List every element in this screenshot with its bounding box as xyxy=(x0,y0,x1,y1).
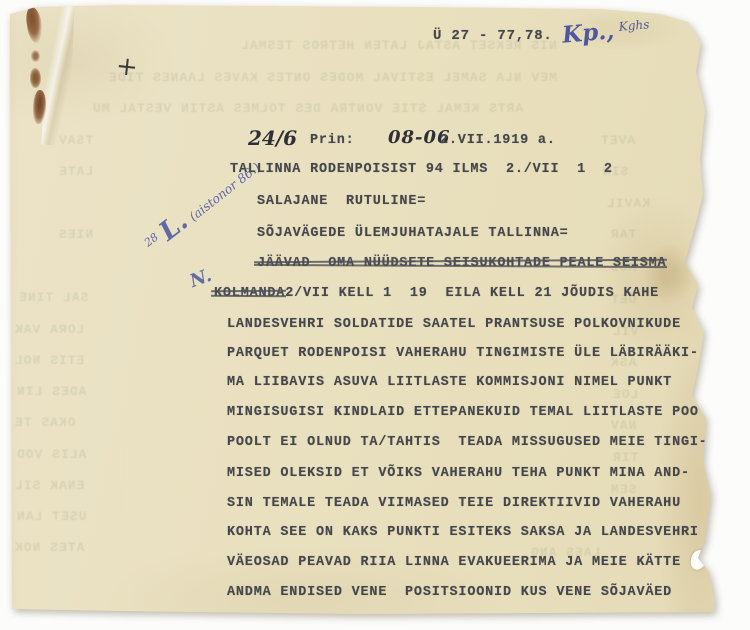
handwritten-cross-mark: + xyxy=(114,51,139,83)
typed-line: VÄEOSAD PEAVAD RIIA LINNA EVAKUEERIMA JA… xyxy=(227,553,681,572)
bleed-through-line: ADES LIN xyxy=(16,384,86,399)
typed-text: LANDESVEHRI SOLDATIDE SAATEL PRANTSUSE P… xyxy=(227,317,681,332)
paper-hole xyxy=(689,549,708,572)
bleed-through-line: LATE xyxy=(58,164,93,179)
bleed-through-line: KAVIL xyxy=(606,196,650,211)
struck-through-text: KOLMANDA xyxy=(214,284,285,303)
typed-line: SIN TEMALE TEADA VIIMASED TEIE DIREKTIIV… xyxy=(227,494,681,513)
typed-line: MA LIIBAVIS ASUVA LIITLASTE KOMMISJONI N… xyxy=(227,373,672,392)
typed-line: JÄÄVAD OMA NÜÜDSETE SEISUKOHTADE PEALE S… xyxy=(257,254,666,273)
typed-line: SÕJAVÄGEDE ÜLEMJUHATAJALE TALLINNA= xyxy=(257,224,569,243)
bleed-through-line: TIR xyxy=(612,450,638,465)
handwritten-registration-number: 24/6 xyxy=(248,126,297,150)
bleed-through-line: ARTS KEMAL STIE VONTRA DES TOLMES ASTIN … xyxy=(92,101,523,116)
typed-text: SIN TEMALE TEADA VIIMASED TEIE DIREKTIIV… xyxy=(227,496,681,511)
typed-line: ANDMA ENDISED VENE POSITSIOONID KUS VENE… xyxy=(227,583,672,602)
typed-line: KOHTA SEE ON KAKS PUNKTI ESITEKS SAKSA J… xyxy=(227,523,699,542)
typed-text: ANDMA ENDISED VENE POSITSIOONID KUS VENE… xyxy=(227,585,672,600)
typed-text: MINGISUGISI KINDLAID ETTEPANEKUID TEMAL … xyxy=(227,405,699,420)
bleed-through-line: USET LAN xyxy=(16,509,86,524)
bleed-through-line: LORA VAK xyxy=(14,322,84,337)
typed-text: SALAJANE RUTULINE= xyxy=(257,194,426,209)
typed-text: SÕJAVÄGEDE ÜLEMJUHATAJALE TALLINNA= xyxy=(257,226,569,241)
typed-text: TALLINNA RODENPOISIST 94 ILMS 2./VII 1 2 xyxy=(230,162,613,177)
typed-line: KOLMANDA2/VII KELL 1 19 EILA KELL 21 JÕU… xyxy=(214,284,659,303)
struck-through-text: JÄÄVAD OMA NÜÜDSETE SEISUKOHTADE PEALE S… xyxy=(257,254,666,273)
bleed-through-line: ENAK SIL xyxy=(14,478,84,493)
typed-text: POOLT EI OLNUD TA/TAHTIS TEADA MISSUGUSE… xyxy=(227,435,708,450)
bleed-through-line: ALIS VOD xyxy=(16,447,86,462)
document-scan: NIS REKSET ASTAJ LATEN HETROS TESMALMEV … xyxy=(0,0,750,630)
typed-label-prin: Prin: xyxy=(310,133,355,148)
typed-line: MINGISUGISI KINDLAID ETTEPANEKUID TEMAL … xyxy=(227,403,699,422)
typed-text: MA LIIBAVIS ASUVA LIITLASTE KOMMISJONI N… xyxy=(227,375,672,390)
bleed-through-line: AVET xyxy=(600,133,635,148)
typed-text: PARQUET RODENPOISI VAHERAHU TINGIMISTE Ü… xyxy=(227,346,699,361)
typed-text: MISED OLEKSID ET VÕIKS VAHERAHU TEHA PUN… xyxy=(227,466,690,481)
handwritten-initial-n: N. xyxy=(187,265,214,292)
reference-number: Ü 27 - 77,78. xyxy=(433,28,553,44)
bleed-through-line: ETIS NOL xyxy=(14,353,84,368)
annotation-small: Kghs xyxy=(618,17,650,34)
typed-line: TALLINNA RODENPOISIST 94 ILMS 2./VII 1 2 xyxy=(230,160,613,179)
rust-stain xyxy=(30,68,41,88)
typed-line: MISED OLEKSID ET VÕIKS VAHERAHU TEHA PUN… xyxy=(227,464,690,483)
rust-stain xyxy=(25,6,45,44)
typed-line: PARQUET RODENPOISI VAHERAHU TINGIMISTE Ü… xyxy=(227,344,699,363)
bleed-through-line: ATES NOK xyxy=(14,540,84,555)
margin-note-number: 28 xyxy=(142,231,161,250)
typed-line: SALAJANE RUTULINE= xyxy=(257,192,426,211)
fold-crease xyxy=(41,0,74,145)
typed-line: LANDESVEHRI SOLDATIDE SAATEL PRANTSUSE P… xyxy=(227,315,681,334)
typed-text: KOHTA SEE ON KAKS PUNKTI ESITEKS SAKSA J… xyxy=(227,525,699,540)
bleed-through-line: OKAS TE xyxy=(14,415,76,430)
bleed-through-line: TAR xyxy=(610,227,636,242)
typed-text: VÄEOSAD PEAVAD RIIA LINNA EVAKUEERIMA JA… xyxy=(227,555,681,570)
telegram-page: NIS REKSET ASTAJ LATEN HETROS TESMALMEV … xyxy=(0,0,750,630)
typed-date: 2.VII.1919 a. xyxy=(440,133,556,148)
typed-line: POOLT EI OLNUD TA/TAHTIS TEADA MISSUGUSE… xyxy=(227,433,708,452)
bleed-through-line: NIES xyxy=(58,227,93,242)
bleed-through-line: MEV NLA SAMEL ESTIVAL MODES ONTES KAVES … xyxy=(108,70,557,85)
bleed-through-line: SAL TINE xyxy=(18,290,88,305)
rust-stain xyxy=(31,50,40,62)
annotation-main: Kp., xyxy=(561,17,615,48)
typed-text: 2/VII KELL 1 19 EILA KELL 21 JÕUDIS KAHE xyxy=(285,286,659,301)
